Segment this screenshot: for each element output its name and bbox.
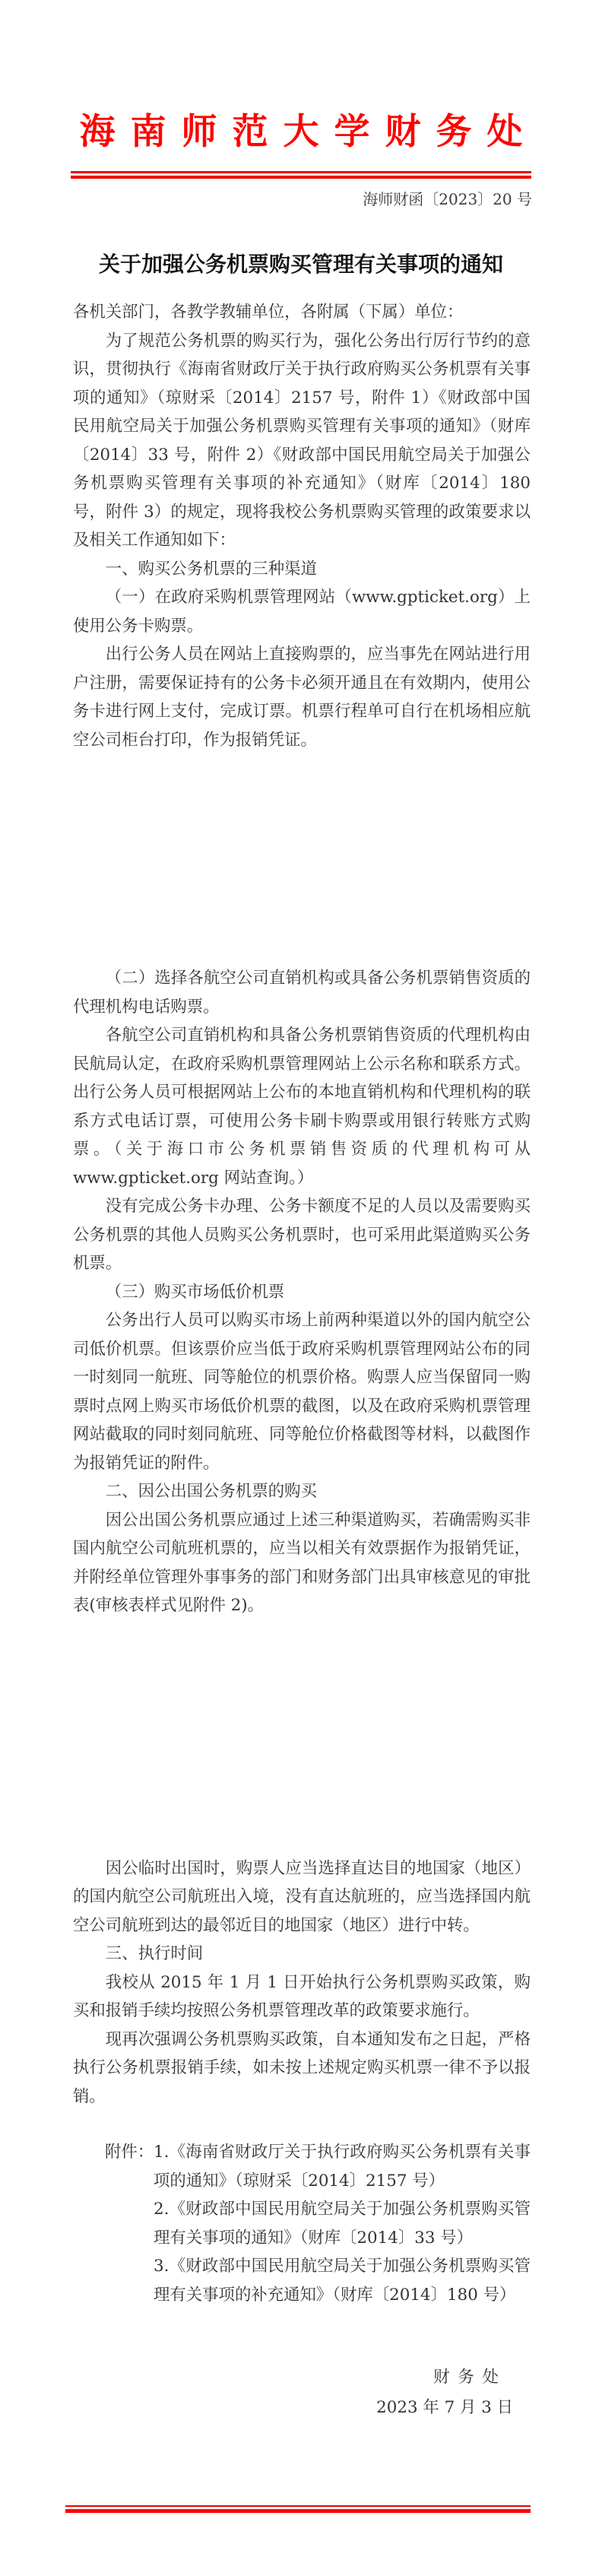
document-body: 各机关部门，各教学教辅单位，各附属（下属）单位：为了规范公务机票的购买行为，强化… (73, 298, 531, 2111)
attachment-label: 附件： (105, 2138, 154, 2167)
paragraph: 出行公务人员在网站上直接购票的，应当事先在网站进行用户注册，需要保证持有的公务卡… (73, 640, 531, 754)
paragraph: 现再次强调公务机票购买政策，自本通知发布之日起，严格执行公务机票报销手续，如未按… (73, 2026, 531, 2111)
attachment-item: 3.《财政部中国民用航空局关于加强公务机票购买管理有关事项的补充通知》（财库〔2… (154, 2252, 531, 2309)
signature-department: 财 务 处 (433, 2362, 500, 2393)
attachment-block: 附件： 1.《海南省财政厅关于执行政府购买公务机票有关事项的通知》（琼财采〔20… (73, 2138, 531, 2309)
document-number: 海师财函〔2023〕20 号 (0, 189, 532, 210)
attachment-item: 2.《财政部中国民用航空局关于加强公务机票购买管理有关事项的通知》（财库〔201… (154, 2195, 531, 2252)
page-break (73, 1620, 531, 1854)
paragraph: 一、购买公务机票的三种渠道 (73, 555, 531, 584)
paragraph: 三、执行时间 (73, 1940, 531, 1968)
attachment-items: 1.《海南省财政厅关于执行政府购买公务机票有关事项的通知》（琼财采〔2014〕2… (154, 2138, 531, 2309)
paragraph: 因公临时出国时，购票人应当选择直达目的地国家（地区）的国内航空公司航班出入境，没… (73, 1854, 531, 1940)
paragraph: 二、因公出国公务机票的购买 (73, 1477, 531, 1506)
paragraph: （二）选择各航空公司直销机构或具备公务机票销售资质的代理机构电话购票。 (73, 964, 531, 1021)
paragraph: 没有完成公务卡办理、公务卡额度不足的人员以及需要购买公务机票的其他人员购买公务机… (73, 1192, 531, 1278)
paragraph: 公务出行人员可以购买市场上前两种渠道以外的国内航空公司低价机票。但该票价应当低于… (73, 1306, 531, 1477)
paragraph: （一）在政府采购机票管理网站（www.gpticket.org）上使用公务卡购票… (73, 583, 531, 640)
signature-block: 财 务 处 2023 年 7 月 3 日 (0, 2362, 602, 2423)
document-page: 海南师范大学财务处 海师财函〔2023〕20 号 关于加强公务机票购买管理有关事… (0, 0, 602, 2576)
signature-date: 2023 年 7 月 3 日 (376, 2393, 513, 2423)
paragraph: 为了规范公务机票的购买行为，强化公务出行厉行节约的意识，贯彻执行《海南省财政厅关… (73, 327, 531, 555)
paragraph: （三）购买市场低价机票 (73, 1278, 531, 1307)
paragraph: 各机关部门，各教学教辅单位，各附属（下属）单位： (73, 298, 531, 327)
letterhead-org-title: 海南师范大学财务处 (0, 113, 602, 152)
footer-rule (65, 2505, 531, 2513)
paragraph: 各航空公司直销机构和具备公务机票销售资质的代理机构由民航局认定，在政府采购机票管… (73, 1021, 531, 1192)
document-title: 关于加强公务机票购买管理有关事项的通知 (0, 249, 602, 280)
letterhead-rule (71, 171, 531, 179)
paragraph: 因公出国公务机票应通过上述三种渠道购买，若确需购买非国内航空公司航班机票的，应当… (73, 1506, 531, 1620)
page-break (73, 754, 531, 964)
paragraph: 我校从 2015 年 1 月 1 日开始执行公务机票购买政策，购买和报销手续均按… (73, 1968, 531, 2026)
attachment-item: 1.《海南省财政厅关于执行政府购买公务机票有关事项的通知》（琼财采〔2014〕2… (154, 2138, 531, 2195)
